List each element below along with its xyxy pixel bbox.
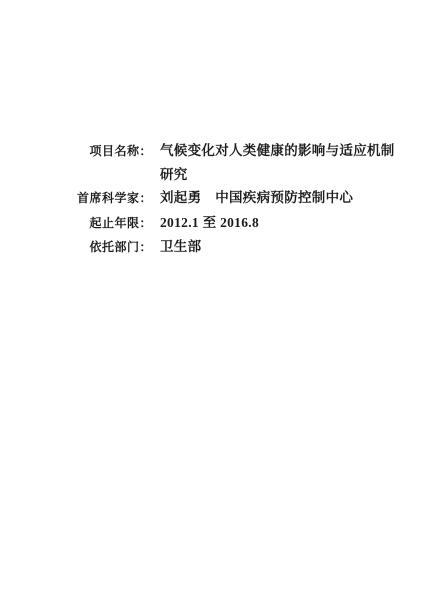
department-label: 依托部门：: [0, 236, 152, 260]
project-info-block: 项目名称： 气候变化对人类健康的影响与适应机制 研究 首席科学家： 刘起勇 中国…: [0, 139, 424, 260]
chief-scientist-row: 首席科学家： 刘起勇 中国疾病预防控制中心: [0, 186, 424, 211]
department-row: 依托部门： 卫生部: [0, 235, 424, 260]
project-name-row: 项目名称： 气候变化对人类健康的影响与适应机制 研究: [0, 139, 424, 186]
duration-value: 2012.1 至 2016.8: [160, 211, 259, 235]
project-name-label: 项目名称：: [0, 140, 152, 164]
chief-scientist-value: 刘起勇 中国疾病预防控制中心: [160, 186, 353, 210]
chief-scientist-label: 首席科学家：: [0, 187, 152, 211]
duration-row: 起止年限： 2012.1 至 2016.8: [0, 211, 424, 236]
department-value: 卫生部: [160, 235, 201, 259]
duration-label: 起止年限：: [0, 212, 152, 236]
project-name-value: 气候变化对人类健康的影响与适应机制 研究: [160, 139, 395, 186]
document-page: 项目名称： 气候变化对人类健康的影响与适应机制 研究 首席科学家： 刘起勇 中国…: [0, 0, 424, 600]
